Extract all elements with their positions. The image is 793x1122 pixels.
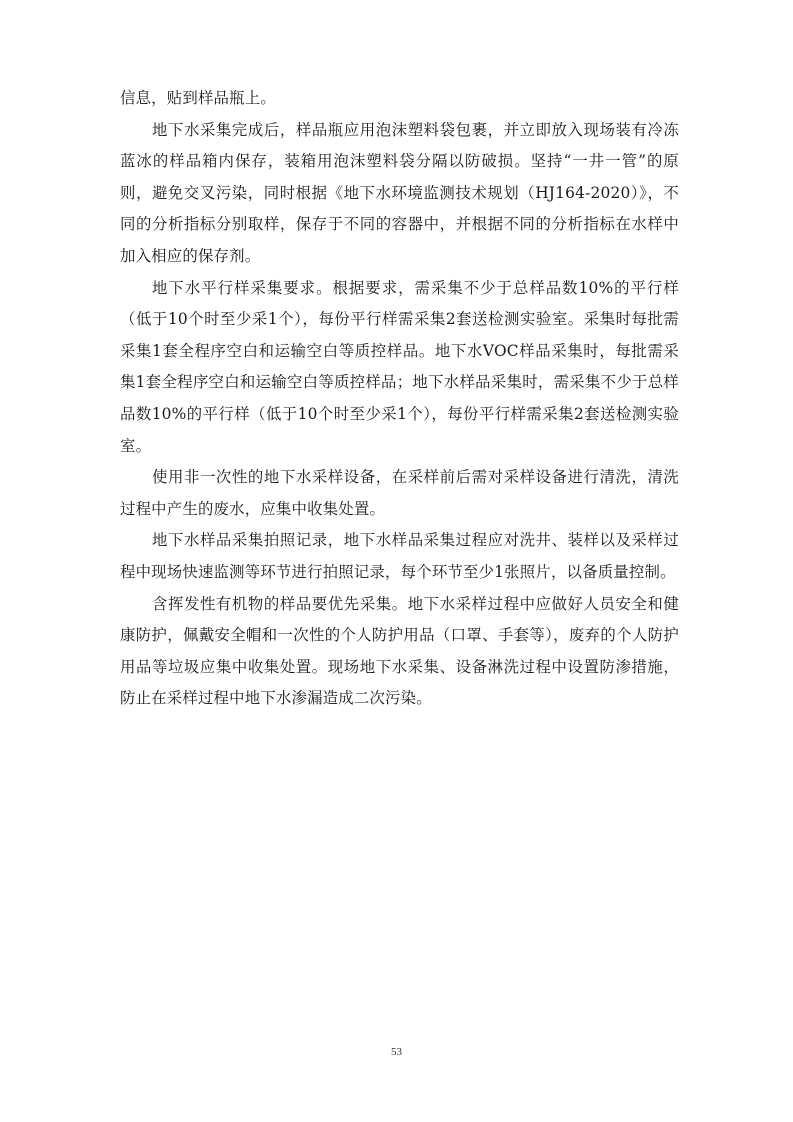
paragraph-parallel-samples: 地下水平行样采集要求。根据要求，需采集不少于总样品数10%的平行样（低于10个时… bbox=[120, 273, 679, 463]
body-text: 信息，贴到样品瓶上。 地下水采集完成后，样品瓶应用泡沫塑料袋包裹，并立即放入现场… bbox=[120, 83, 679, 715]
document-page: 信息，贴到样品瓶上。 地下水采集完成后，样品瓶应用泡沫塑料袋包裹，并立即放入现场… bbox=[0, 0, 793, 1122]
paragraph-photo-records: 地下水样品采集拍照记录，地下水样品采集过程应对洗井、装样以及采样过程中现场快速监… bbox=[120, 525, 679, 588]
paragraph-sample-label-continuation: 信息，贴到样品瓶上。 bbox=[120, 83, 679, 115]
page-number: 53 bbox=[0, 1046, 793, 1058]
paragraph-sample-storage: 地下水采集完成后，样品瓶应用泡沫塑料袋包裹，并立即放入现场装有冷冻蓝冰的样品箱内… bbox=[120, 115, 679, 273]
paragraph-volatile-organics-safety: 含挥发性有机物的样品要优先采集。地下水采样过程中应做好人员安全和健康防护，佩戴安… bbox=[120, 589, 679, 715]
paragraph-equipment-cleaning: 使用非一次性的地下水采样设备，在采样前后需对采样设备进行清洗，清洗过程中产生的废… bbox=[120, 462, 679, 525]
